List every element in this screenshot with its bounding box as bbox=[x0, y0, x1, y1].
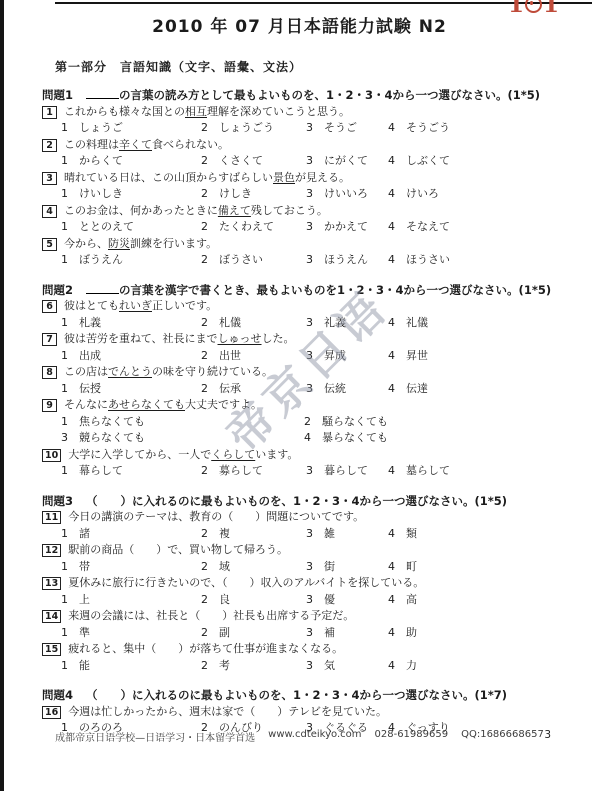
option-cell: 1からくて bbox=[61, 153, 201, 170]
option-text: 優 bbox=[324, 593, 335, 606]
question-sentence: 駅前の商品（ ）で、買い物して帰ろう。 bbox=[68, 542, 288, 559]
option-cell: 1幕らして bbox=[61, 463, 201, 480]
sentence-post: 理解を深めていこうと思う。 bbox=[207, 105, 350, 118]
option-cell: 2伝承 bbox=[201, 381, 306, 398]
sentence-post: 訓練を行います。 bbox=[130, 237, 217, 250]
option-number: 4 bbox=[388, 625, 398, 642]
option-number: 1 bbox=[61, 559, 71, 576]
option-text: ぼうさい bbox=[219, 253, 263, 266]
problem-heading: 問題3（ ）に入れるのに最もよいものを、1・2・3・4から一つ選びなさい。(1*… bbox=[42, 493, 573, 510]
question-sentence: この料理は辛くて食べられない。 bbox=[64, 137, 229, 154]
sentence-pre: これからも様々な国との bbox=[64, 105, 185, 118]
option-text: 札儀 bbox=[219, 316, 241, 329]
option-number: 2 bbox=[304, 414, 314, 431]
option-text: しょうご bbox=[79, 121, 123, 134]
question-row: 16今週は忙しかったから、週末は家で（ ）テレビを見ていた。 bbox=[42, 704, 573, 721]
sentence-pre: 今から、 bbox=[64, 237, 108, 250]
option-number: 4 bbox=[388, 153, 398, 170]
option-cell: 4そうごう bbox=[388, 120, 573, 137]
option-text: ぼうえん bbox=[79, 253, 123, 266]
options-row: 1幕らして2募らして3暮らして4墓らして bbox=[42, 463, 573, 480]
option-number: 4 bbox=[388, 315, 398, 332]
option-cell: 3気 bbox=[306, 658, 388, 675]
option-text: 域 bbox=[219, 560, 230, 573]
option-number: 2 bbox=[201, 625, 211, 642]
question-row: 11今日の講演のテーマは、教育の（ ）問題についてです。 bbox=[42, 509, 573, 526]
option-number: 1 bbox=[61, 153, 71, 170]
option-text: 暮らして bbox=[324, 464, 368, 477]
option-cell: 1能 bbox=[61, 658, 201, 675]
option-number: 3 bbox=[306, 381, 316, 398]
option-number: 2 bbox=[201, 252, 211, 269]
question-sentence: 大学に入学してから、一人でくらしています。 bbox=[68, 447, 298, 464]
footer-qq: QQ:1686668657 bbox=[461, 729, 544, 744]
options-row: 1ぼうえん2ぼうさい3ほうえん4ほうさい bbox=[42, 252, 573, 269]
option-text: けいいろ bbox=[324, 187, 368, 200]
question-number-box: 1 bbox=[42, 106, 57, 119]
sentence-underlined: しゅっせ bbox=[218, 332, 262, 345]
option-number: 3 bbox=[306, 153, 316, 170]
option-cell: 3街 bbox=[306, 559, 388, 576]
sentence-pre: このお金は、何かあったときに bbox=[64, 204, 218, 217]
options-row: 1けいしき2けしき3けいいろ4けいろ bbox=[42, 186, 573, 203]
question-number-box: 2 bbox=[42, 139, 57, 152]
option-text: たくわえて bbox=[219, 220, 274, 233]
option-text: 墓らして bbox=[406, 464, 450, 477]
option-number: 1 bbox=[61, 658, 71, 675]
sentence-pre: 晴れている日は、この山頂からすばらしい bbox=[64, 171, 273, 184]
question-number-box: 3 bbox=[42, 172, 57, 185]
blank-underline bbox=[86, 88, 119, 99]
option-text: けしき bbox=[219, 187, 252, 200]
option-text: しぶくて bbox=[406, 154, 450, 167]
options-row: 1帯2域3街4町 bbox=[42, 559, 573, 576]
problem-section: 問題1の言葉の読み方として最もよいものを、1・2・3・4から一つ選びなさい。(1… bbox=[42, 87, 573, 269]
option-number: 3 bbox=[306, 315, 316, 332]
option-text: ほうえん bbox=[324, 253, 368, 266]
options-row: 1諸2複3雑4類 bbox=[42, 526, 573, 543]
option-cell: 3昇成 bbox=[306, 348, 388, 365]
question-number-box: 10 bbox=[42, 449, 61, 462]
option-text: 高 bbox=[406, 593, 417, 606]
question-number-box: 12 bbox=[42, 544, 61, 557]
options-row: 1出成2出世3昇成4昇世 bbox=[42, 348, 573, 365]
section-title: 第一部分 言語知識（文字、語彙、文法） bbox=[55, 58, 599, 75]
problem-heading: 問題2の言葉を漢字で書くとき、最もよいものを1・2・3・4から一つ選びなさい。(… bbox=[42, 282, 573, 299]
sentence-post: 残しておこう。 bbox=[251, 204, 328, 217]
option-cell: 4類 bbox=[388, 526, 573, 543]
problem-section: 問題2の言葉を漢字で書くとき、最もよいものを1・2・3・4から一つ選びなさい。(… bbox=[42, 282, 573, 480]
option-text: そうご bbox=[324, 121, 357, 134]
option-cell: 4礼儀 bbox=[388, 315, 573, 332]
option-text: 伝統 bbox=[324, 382, 346, 395]
option-cell: 3かかえて bbox=[306, 219, 388, 236]
option-text: 伝承 bbox=[219, 382, 241, 395]
question-row: 7彼は苦労を重ねて、社長にまでしゅっせした。 bbox=[42, 331, 573, 348]
logo-digit: 1 bbox=[508, 0, 524, 18]
option-cell: 2複 bbox=[201, 526, 306, 543]
option-text: 出世 bbox=[219, 349, 241, 362]
sentence-underlined: 防災 bbox=[108, 237, 130, 250]
question-row: 9そんなにあせらなくても大丈夫ですよ。 bbox=[42, 397, 573, 414]
option-cell: 2札儀 bbox=[201, 315, 306, 332]
option-cell: 3雑 bbox=[306, 526, 388, 543]
footer-school-name: 成都帝京日语学校—日语学习・日本留学首选 bbox=[55, 729, 255, 744]
footer-website: www.cdteikyo.com bbox=[268, 729, 361, 744]
option-text: 力 bbox=[406, 659, 417, 672]
option-cell: 2募らして bbox=[201, 463, 306, 480]
option-number: 1 bbox=[61, 186, 71, 203]
sentence-pre: 大学に入学してから、一人で bbox=[68, 448, 211, 461]
option-number: 3 bbox=[306, 592, 316, 609]
option-cell: 2けしき bbox=[201, 186, 306, 203]
option-text: 気 bbox=[324, 659, 335, 672]
question-sentence: 今日の講演のテーマは、教育の（ ）問題についてです。 bbox=[68, 509, 364, 526]
option-cell: 2しょうごう bbox=[201, 120, 306, 137]
question-sentence: 夏休みに旅行に行きたいので、（ ）収入のアルバイトを探している。 bbox=[68, 575, 424, 592]
option-text: 類 bbox=[406, 527, 417, 540]
option-number: 3 bbox=[306, 219, 316, 236]
option-cell: 3そうご bbox=[306, 120, 388, 137]
option-text: 準 bbox=[79, 626, 90, 639]
option-cell: 2ぼうさい bbox=[201, 252, 306, 269]
question-number-box: 5 bbox=[42, 238, 57, 251]
option-text: 出成 bbox=[79, 349, 101, 362]
option-cell: 1焦らなくても bbox=[61, 414, 304, 431]
option-number: 1 bbox=[61, 120, 71, 137]
option-number: 4 bbox=[388, 219, 398, 236]
options-row: 1伝授2伝承3伝統4伝達 bbox=[42, 381, 573, 398]
option-text: 能 bbox=[79, 659, 90, 672]
option-cell: 3ほうえん bbox=[306, 252, 388, 269]
question-row: 4このお金は、何かあったときに備えて残しておこう。 bbox=[42, 203, 573, 220]
option-number: 3 bbox=[306, 348, 316, 365]
option-cell: 4町 bbox=[388, 559, 573, 576]
option-number: 3 bbox=[306, 186, 316, 203]
problem-instruction: （ ）に入れるのに最もよいものを、1・2・3・4から一つ選びなさい。(1*5) bbox=[86, 494, 507, 508]
sentence-underlined: 景色 bbox=[273, 171, 295, 184]
option-number: 3 bbox=[306, 526, 316, 543]
option-text: 伝授 bbox=[79, 382, 101, 395]
sentence-underlined: れいぎ bbox=[119, 299, 152, 312]
option-text: 街 bbox=[324, 560, 335, 573]
question-number-box: 14 bbox=[42, 610, 61, 623]
option-text: けいろ bbox=[406, 187, 439, 200]
sentence-underlined: 相互 bbox=[185, 105, 207, 118]
option-cell: 1札義 bbox=[61, 315, 201, 332]
logo-digit: 1 bbox=[543, 0, 559, 18]
sentence-pre: 疲れると、集中（ ）が落ちて仕事が進まなくなる。 bbox=[68, 642, 343, 655]
options-row: 1札義2札儀3礼義4礼儀 bbox=[42, 315, 573, 332]
question-number-box: 6 bbox=[42, 300, 57, 313]
option-text: 幕らして bbox=[79, 464, 123, 477]
sentence-underlined: くらして bbox=[211, 448, 255, 461]
question-sentence: 晴れている日は、この山頂からすばらしい景色が見える。 bbox=[64, 170, 350, 187]
options-row: 1能2考3気4力 bbox=[42, 658, 573, 675]
question-number-box: 16 bbox=[42, 706, 61, 719]
option-number: 1 bbox=[61, 463, 71, 480]
option-number: 4 bbox=[388, 559, 398, 576]
question-number-box: 7 bbox=[42, 333, 57, 346]
option-cell: 4力 bbox=[388, 658, 573, 675]
option-number: 4 bbox=[388, 658, 398, 675]
question-sentence: 彼は苦労を重ねて、社長にまでしゅっせした。 bbox=[64, 331, 295, 348]
question-row: 3晴れている日は、この山頂からすばらしい景色が見える。 bbox=[42, 170, 573, 187]
option-cell: 2出世 bbox=[201, 348, 306, 365]
option-text: 上 bbox=[79, 593, 90, 606]
sentence-pre: この店は bbox=[64, 365, 108, 378]
problem-label: 問題3 bbox=[42, 494, 73, 508]
question-sentence: そんなにあせらなくても大丈夫ですよ。 bbox=[64, 397, 262, 414]
option-number: 1 bbox=[61, 625, 71, 642]
option-number: 3 bbox=[306, 252, 316, 269]
option-text: 競らなくても bbox=[79, 431, 145, 444]
option-cell: 2たくわえて bbox=[201, 219, 306, 236]
option-number: 2 bbox=[201, 463, 211, 480]
option-number: 1 bbox=[61, 381, 71, 398]
problem-label: 問題2 bbox=[42, 283, 73, 297]
option-cell: 4暴らなくても bbox=[304, 430, 573, 447]
option-number: 3 bbox=[306, 658, 316, 675]
question-row: 2この料理は辛くて食べられない。 bbox=[42, 137, 573, 154]
sentence-post: 正しいです。 bbox=[152, 299, 217, 312]
option-number: 3 bbox=[306, 625, 316, 642]
option-cell: 2騒らなくても bbox=[304, 414, 573, 431]
option-number: 1 bbox=[61, 252, 71, 269]
sentence-post: 大丈夫ですよ。 bbox=[185, 398, 262, 411]
option-text: 諸 bbox=[79, 527, 90, 540]
option-text: 帯 bbox=[79, 560, 90, 573]
logo-circle-icon bbox=[525, 0, 542, 13]
sentence-pre: 駅前の商品（ ）で、買い物して帰ろう。 bbox=[68, 543, 288, 556]
question-sentence: 彼はとてもれいぎ正しいです。 bbox=[64, 298, 217, 315]
option-number: 2 bbox=[201, 658, 211, 675]
option-cell: 1上 bbox=[61, 592, 201, 609]
option-text: 焦らなくても bbox=[79, 415, 145, 428]
option-text: 複 bbox=[219, 527, 230, 540]
page-left-border bbox=[0, 0, 4, 791]
option-cell: 4けいろ bbox=[388, 186, 573, 203]
question-number-box: 9 bbox=[42, 399, 57, 412]
option-cell: 3礼義 bbox=[306, 315, 388, 332]
option-text: 昇世 bbox=[406, 349, 428, 362]
option-text: 助 bbox=[406, 626, 417, 639]
option-cell: 1帯 bbox=[61, 559, 201, 576]
option-cell: 4そなえて bbox=[388, 219, 573, 236]
option-cell: 3伝統 bbox=[306, 381, 388, 398]
sentence-pre: この料理は bbox=[64, 138, 119, 151]
option-cell: 1けいしき bbox=[61, 186, 201, 203]
page-number: 3 bbox=[544, 729, 551, 741]
page-footer: 成都帝京日语学校—日语学习・日本留学首选 www.cdteikyo.com 02… bbox=[0, 729, 599, 744]
option-cell: 2くさくて bbox=[201, 153, 306, 170]
option-text: 礼義 bbox=[324, 316, 346, 329]
option-number: 2 bbox=[201, 348, 211, 365]
option-number: 4 bbox=[388, 186, 398, 203]
option-cell: 2域 bbox=[201, 559, 306, 576]
option-cell: 1ととのえて bbox=[61, 219, 201, 236]
option-text: しょうごう bbox=[219, 121, 274, 134]
question-sentence: 今週は忙しかったから、週末は家で（ ）テレビを見ていた。 bbox=[68, 704, 387, 721]
option-cell: 4伝達 bbox=[388, 381, 573, 398]
option-cell: 3競らなくても bbox=[61, 430, 304, 447]
sentence-pre: そんなに bbox=[64, 398, 108, 411]
option-text: 騒らなくても bbox=[322, 415, 388, 428]
option-number: 2 bbox=[201, 559, 211, 576]
sentence-underlined: 備えて bbox=[218, 204, 251, 217]
option-text: 副 bbox=[219, 626, 230, 639]
question-sentence: この店はでんとうの味を守り続けている。 bbox=[64, 364, 273, 381]
school-logo: 11 bbox=[508, 0, 559, 17]
option-cell: 2副 bbox=[201, 625, 306, 642]
question-row: 15疲れると、集中（ ）が落ちて仕事が進まなくなる。 bbox=[42, 641, 573, 658]
option-number: 2 bbox=[201, 186, 211, 203]
sentence-underlined: あせらなくても bbox=[108, 398, 185, 411]
sentence-pre: 今週は忙しかったから、週末は家で（ ）テレビを見ていた。 bbox=[68, 705, 387, 718]
options-row: 1上2良3優4高 bbox=[42, 592, 573, 609]
option-text: くさくて bbox=[219, 154, 263, 167]
option-number: 2 bbox=[201, 219, 211, 236]
problem-heading: 問題1の言葉の読み方として最もよいものを、1・2・3・4から一つ選びなさい。(1… bbox=[42, 87, 573, 104]
option-number: 2 bbox=[201, 153, 211, 170]
problem-instruction: （ ）に入れるのに最もよいものを、1・2・3・4から一つ選びなさい。(1*7) bbox=[86, 688, 507, 702]
options-row: 1からくて2くさくて3にがくて4しぶくて bbox=[42, 153, 573, 170]
options-row: 1しょうご2しょうごう3そうご4そうごう bbox=[42, 120, 573, 137]
option-text: 札義 bbox=[79, 316, 101, 329]
option-number: 4 bbox=[388, 463, 398, 480]
option-number: 1 bbox=[61, 414, 71, 431]
option-cell: 3優 bbox=[306, 592, 388, 609]
option-text: 町 bbox=[406, 560, 417, 573]
question-number-box: 11 bbox=[42, 511, 61, 524]
option-number: 1 bbox=[61, 219, 71, 236]
question-sentence: これからも様々な国との相互理解を深めていこうと思う。 bbox=[64, 104, 350, 121]
option-cell: 1伝授 bbox=[61, 381, 201, 398]
option-cell: 3にがくて bbox=[306, 153, 388, 170]
option-number: 3 bbox=[306, 463, 316, 480]
option-text: 募らして bbox=[219, 464, 263, 477]
option-number: 3 bbox=[306, 120, 316, 137]
option-number: 2 bbox=[201, 592, 211, 609]
question-row: 6彼はとてもれいぎ正しいです。 bbox=[42, 298, 573, 315]
question-sentence: 疲れると、集中（ ）が落ちて仕事が進まなくなる。 bbox=[68, 641, 343, 658]
option-text: 昇成 bbox=[324, 349, 346, 362]
option-number: 1 bbox=[61, 315, 71, 332]
option-text: 暴らなくても bbox=[322, 431, 388, 444]
option-cell: 2良 bbox=[201, 592, 306, 609]
problem-section: 問題3（ ）に入れるのに最もよいものを、1・2・3・4から一つ選びなさい。(1*… bbox=[42, 493, 573, 675]
option-text: けいしき bbox=[79, 187, 123, 200]
question-row: 12駅前の商品（ ）で、買い物して帰ろう。 bbox=[42, 542, 573, 559]
option-cell: 1ぼうえん bbox=[61, 252, 201, 269]
question-row: 8この店はでんとうの味を守り続けている。 bbox=[42, 364, 573, 381]
option-cell: 1諸 bbox=[61, 526, 201, 543]
option-number: 1 bbox=[61, 348, 71, 365]
option-number: 4 bbox=[388, 381, 398, 398]
option-text: ととのえて bbox=[79, 220, 134, 233]
blank-underline bbox=[86, 283, 119, 294]
question-sentence: このお金は、何かあったときに備えて残しておこう。 bbox=[64, 203, 328, 220]
option-cell: 2考 bbox=[201, 658, 306, 675]
question-row: 1これからも様々な国との相互理解を深めていこうと思う。 bbox=[42, 104, 573, 121]
option-number: 4 bbox=[388, 592, 398, 609]
option-cell: 3暮らして bbox=[306, 463, 388, 480]
option-number: 2 bbox=[201, 381, 211, 398]
option-cell: 1出成 bbox=[61, 348, 201, 365]
question-row: 14来週の会議には、社長と（ ）社長も出席する予定だ。 bbox=[42, 608, 573, 625]
option-text: かかえて bbox=[324, 220, 368, 233]
option-cell: 4ほうさい bbox=[388, 252, 573, 269]
option-number: 2 bbox=[201, 526, 211, 543]
problem-instruction: の言葉の読み方として最もよいものを、1・2・3・4から一つ選びなさい。(1*5) bbox=[119, 88, 540, 102]
option-number: 4 bbox=[304, 430, 314, 447]
question-sentence: 来週の会議には、社長と（ ）社長も出席する予定だ。 bbox=[68, 608, 354, 625]
sentence-post: の味を守り続けている。 bbox=[152, 365, 273, 378]
option-number: 1 bbox=[61, 592, 71, 609]
sentence-underlined: でんとう bbox=[108, 365, 152, 378]
sentence-pre: 夏休みに旅行に行きたいので、（ ）収入のアルバイトを探している。 bbox=[68, 576, 424, 589]
option-cell: 4しぶくて bbox=[388, 153, 573, 170]
option-text: からくて bbox=[79, 154, 123, 167]
option-number: 2 bbox=[201, 120, 211, 137]
question-row: 13夏休みに旅行に行きたいので、（ ）収入のアルバイトを探している。 bbox=[42, 575, 573, 592]
sentence-pre: 彼は苦労を重ねて、社長にまで bbox=[64, 332, 218, 345]
option-cell: 3補 bbox=[306, 625, 388, 642]
options-row: 1準2副3補4助 bbox=[42, 625, 573, 642]
problem-instruction: の言葉を漢字で書くとき、最もよいものを1・2・3・4から一つ選びなさい。(1*5… bbox=[119, 283, 551, 297]
problem-label: 問題1 bbox=[42, 88, 73, 102]
option-text: 考 bbox=[219, 659, 230, 672]
option-text: 補 bbox=[324, 626, 335, 639]
option-cell: 1準 bbox=[61, 625, 201, 642]
problem-heading: 問題4（ ）に入れるのに最もよいものを、1・2・3・4から一つ選びなさい。(1*… bbox=[42, 687, 573, 704]
option-cell: 4墓らして bbox=[388, 463, 573, 480]
question-number-box: 15 bbox=[42, 643, 61, 656]
options-row: 1焦らなくても2騒らなくても3競らなくても4暴らなくても bbox=[42, 414, 573, 447]
option-text: にがくて bbox=[324, 154, 368, 167]
question-row: 10大学に入学してから、一人でくらしています。 bbox=[42, 447, 573, 464]
option-cell: 4助 bbox=[388, 625, 573, 642]
question-number-box: 4 bbox=[42, 205, 57, 218]
option-text: 伝達 bbox=[406, 382, 428, 395]
footer-phone: 028-61989659 bbox=[375, 729, 449, 744]
problems-list: 問題1の言葉の読み方として最もよいものを、1・2・3・4から一つ選びなさい。(1… bbox=[42, 87, 573, 737]
option-text: そうごう bbox=[406, 121, 450, 134]
problem-label: 問題4 bbox=[42, 688, 73, 702]
option-text: そなえて bbox=[406, 220, 450, 233]
option-number: 2 bbox=[201, 315, 211, 332]
option-text: 雑 bbox=[324, 527, 335, 540]
option-number: 4 bbox=[388, 120, 398, 137]
option-text: 礼儀 bbox=[406, 316, 428, 329]
option-number: 4 bbox=[388, 252, 398, 269]
option-cell: 1しょうご bbox=[61, 120, 201, 137]
option-cell: 4昇世 bbox=[388, 348, 573, 365]
sentence-post: が見える。 bbox=[295, 171, 350, 184]
question-row: 5今から、防災訓練を行います。 bbox=[42, 236, 573, 253]
question-sentence: 今から、防災訓練を行います。 bbox=[64, 236, 217, 253]
option-cell: 3けいいろ bbox=[306, 186, 388, 203]
option-number: 3 bbox=[306, 559, 316, 576]
option-number: 3 bbox=[61, 430, 71, 447]
sentence-pre: 彼はとても bbox=[64, 299, 119, 312]
sentence-post: した。 bbox=[262, 332, 295, 345]
options-row: 1ととのえて2たくわえて3かかえて4そなえて bbox=[42, 219, 573, 236]
option-text: ほうさい bbox=[406, 253, 450, 266]
sentence-post: 食べられない。 bbox=[152, 138, 229, 151]
question-number-box: 8 bbox=[42, 366, 57, 379]
sentence-underlined: 辛くて bbox=[119, 138, 152, 151]
